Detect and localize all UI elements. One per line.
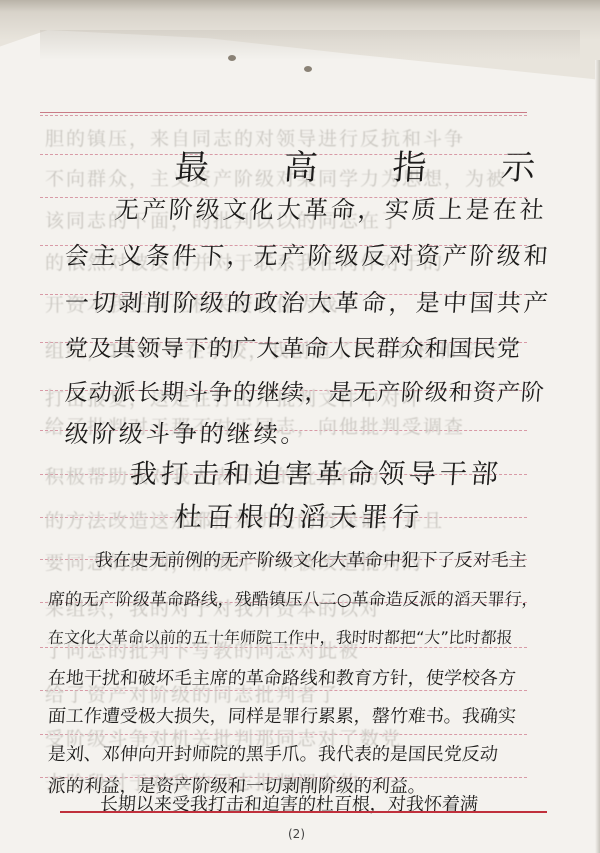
rule-line bbox=[40, 112, 527, 113]
body-line: 席的无产阶级革命路线，残酷镇压八二○革命造反派的滔天罪行， bbox=[47, 585, 540, 610]
quote-line: 会主义条件下，无产阶级反对资产阶级和 bbox=[64, 236, 552, 271]
rule-line bbox=[40, 115, 527, 116]
quote-line: 反动派长期斗争的继续，是无产阶级和资产阶 bbox=[64, 374, 546, 407]
staple-hole bbox=[228, 55, 236, 61]
body-line: 在地干扰和破坏毛主席的革命路线和教育方针，使学校各方 bbox=[47, 664, 517, 690]
confession-title-line: 杜百根的滔天罪行 bbox=[174, 495, 425, 534]
body-line: 在文化大革命以前的五十年师院工作中，我时时都把“大”比时都报 bbox=[47, 625, 513, 648]
quote-line: 级阶级斗争的继续。 bbox=[64, 414, 309, 449]
red-underline bbox=[60, 811, 547, 813]
body-line: 是刘、邓伸向开封师院的黑手爪。我代表的是国民党反动 bbox=[47, 740, 499, 766]
quote-line: 一切剥削阶级的政治大革命，是中国共产 bbox=[64, 283, 552, 318]
document-heading: 最 高 指 示 bbox=[173, 140, 569, 189]
body-line: 我在史无前例的无产阶级文化大革命中犯下了反对毛主 bbox=[94, 546, 528, 572]
quote-line: 无产阶级文化大革命，实质上是在社 bbox=[114, 190, 548, 225]
body-line: 面工作遭受极大损失，同样是罪行累累，罄竹难书。我确实 bbox=[47, 702, 517, 728]
paper-fold-shadow bbox=[40, 30, 580, 60]
confession-title-line: 我打击和迫害革命领导干部 bbox=[129, 452, 504, 491]
paper-edge bbox=[595, 60, 600, 853]
page-number: (2) bbox=[288, 827, 305, 841]
quote-line: 党及其领导下的广大革命人民群众和国民党 bbox=[64, 330, 522, 363]
staple-hole bbox=[304, 66, 312, 72]
